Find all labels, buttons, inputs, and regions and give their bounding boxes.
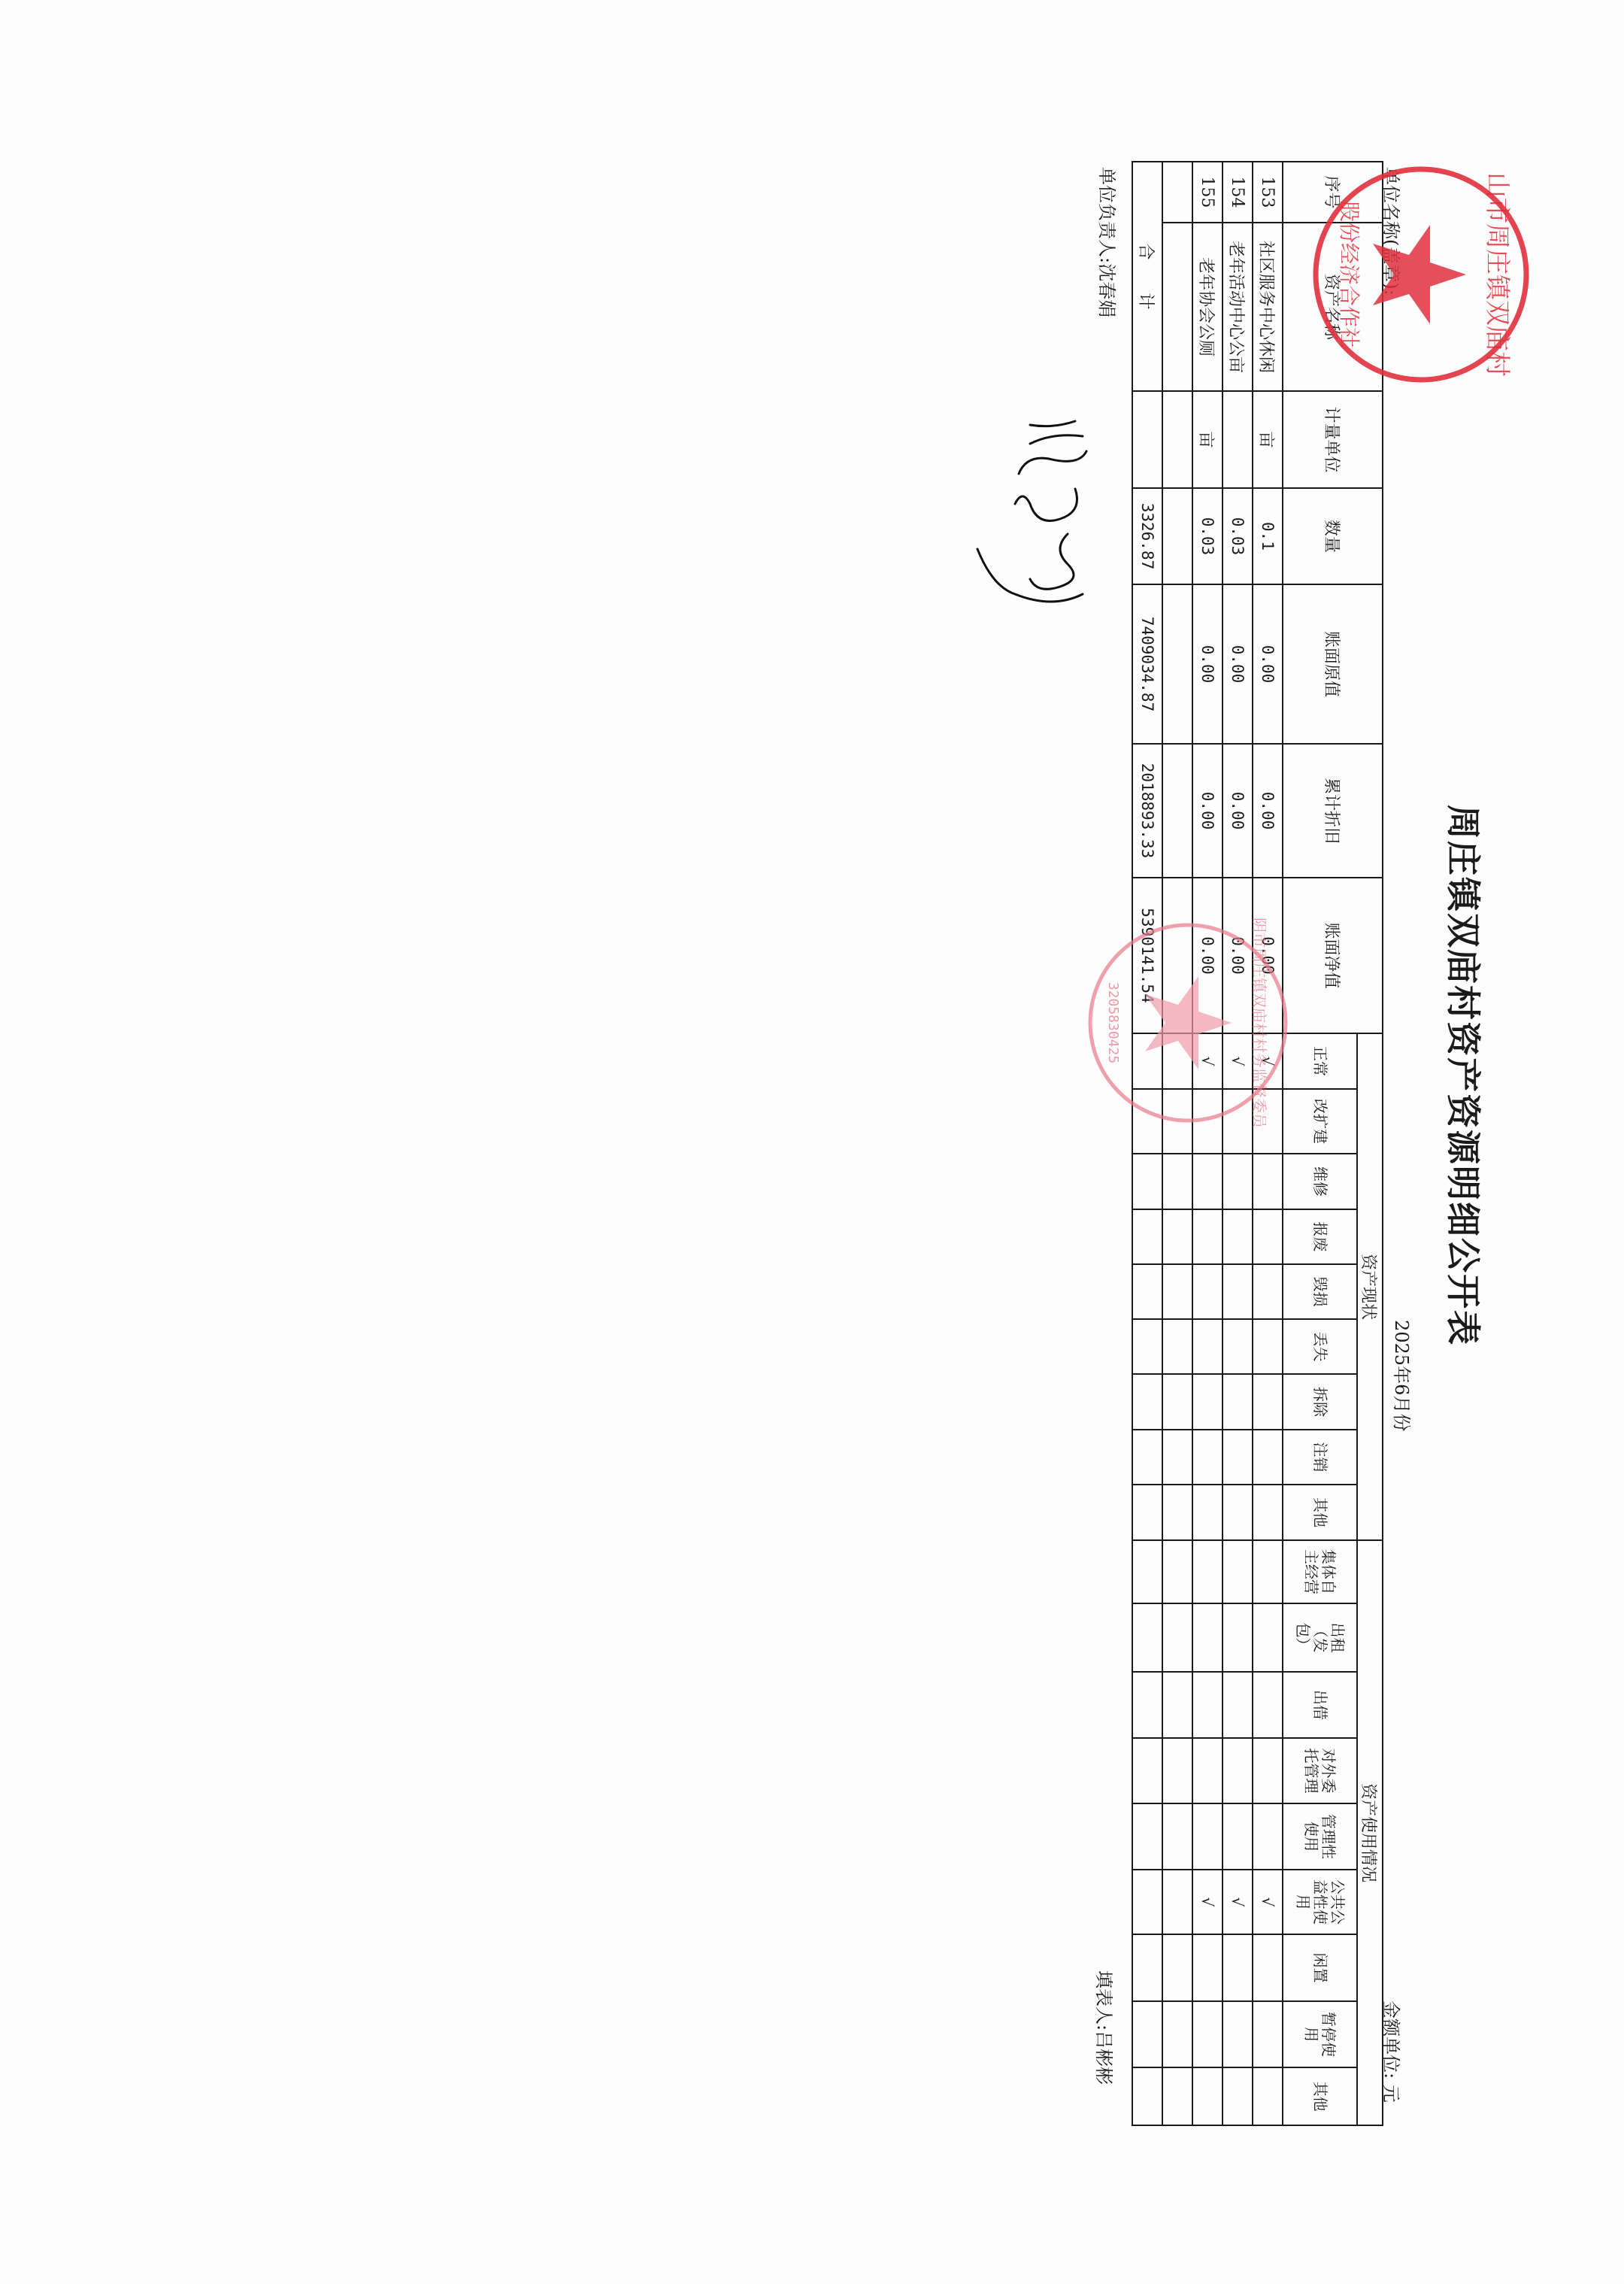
row-asset-name: 老年活动中心公亩 — [1223, 223, 1253, 391]
row-usage-1 — [1192, 1603, 1223, 1672]
blank-cell — [1162, 1154, 1192, 1209]
total-empty-cell — [1132, 1485, 1162, 1540]
row-status-7 — [1192, 1430, 1223, 1485]
row-seq: 153 — [1253, 162, 1283, 223]
row-unit: 亩 — [1253, 391, 1283, 488]
row-seq: 154 — [1223, 162, 1253, 223]
row-book-original: 0.00 — [1253, 584, 1283, 744]
row-status-2 — [1223, 1154, 1253, 1209]
row-status-8 — [1192, 1485, 1223, 1540]
header-seq: 序号 — [1283, 162, 1383, 223]
header-accum-depreciation: 累计折旧 — [1283, 744, 1383, 878]
row-usage-2 — [1223, 1672, 1253, 1738]
row-status-7 — [1223, 1430, 1253, 1485]
header-status-4: 毁损 — [1283, 1264, 1357, 1319]
table-row: 154老年活动中心公亩0.030.000.000.00√√ — [1223, 162, 1253, 2125]
total-empty-cell — [1132, 1264, 1162, 1319]
header-quantity: 数量 — [1283, 488, 1383, 584]
blank-cell — [1162, 1738, 1192, 1803]
row-usage-0 — [1223, 1540, 1253, 1603]
row-usage-2 — [1253, 1672, 1283, 1738]
total-empty-cell — [1132, 1738, 1162, 1803]
row-status-3 — [1223, 1209, 1253, 1264]
row-usage-7 — [1223, 2001, 1253, 2067]
row-status-5 — [1192, 1319, 1223, 1374]
row-status-2 — [1192, 1154, 1223, 1209]
header-usage-5: 公共公益性使用 — [1283, 1870, 1357, 1934]
table-row-blank — [1162, 162, 1192, 2125]
header-usage-4: 管理性使用 — [1283, 1803, 1357, 1870]
table-row: 155老年协会公厕亩0.030.000.000.00√√ — [1192, 162, 1223, 2125]
row-accum-depreciation: 0.00 — [1223, 744, 1253, 878]
header-usage-7: 暂停使用 — [1283, 2001, 1357, 2067]
header-status-3: 报废 — [1283, 1209, 1357, 1264]
row-status-0: √ — [1253, 1033, 1283, 1089]
row-accum-depreciation: 0.00 — [1253, 744, 1283, 878]
row-status-4 — [1223, 1264, 1253, 1319]
header-book-original: 账面原值 — [1283, 584, 1383, 744]
header-status-2: 维修 — [1283, 1154, 1357, 1209]
header-status-0: 正常 — [1283, 1033, 1357, 1089]
blank-cell — [1162, 488, 1192, 584]
total-empty-cell — [1132, 1033, 1162, 1089]
asset-table: 序号 资产名称 计量单位 数量 账面原值 累计折旧 账面净值 资产现状 资产使用… — [1132, 161, 1383, 2126]
unit-name-label: 单位名称(盖章): — [1380, 167, 1406, 296]
row-asset-name: 社区服务中心休闲 — [1253, 223, 1283, 391]
row-unit — [1223, 391, 1253, 488]
total-unit — [1132, 391, 1162, 488]
blank-cell — [1162, 162, 1192, 223]
header-status-8: 其他 — [1283, 1485, 1357, 1540]
row-usage-8 — [1253, 2067, 1283, 2125]
row-book-original: 0.00 — [1223, 584, 1253, 744]
row-usage-6 — [1223, 1934, 1253, 2001]
table-total-row: 合 计3326.877409034.872018893.335390141.54 — [1132, 162, 1162, 2125]
blank-cell — [1162, 1319, 1192, 1374]
row-usage-6 — [1253, 1934, 1283, 2001]
row-usage-7 — [1192, 2001, 1223, 2067]
row-usage-1 — [1223, 1603, 1253, 1672]
blank-cell — [1162, 2067, 1192, 2125]
blank-cell — [1162, 1485, 1192, 1540]
blank-cell — [1162, 878, 1192, 1033]
blank-cell — [1162, 1603, 1192, 1672]
row-usage-0 — [1192, 1540, 1223, 1603]
unit-leader: 单位负责人:沈春娟 — [1095, 167, 1122, 317]
row-asset-name: 老年协会公厕 — [1192, 223, 1223, 391]
row-status-0: √ — [1223, 1033, 1253, 1089]
row-status-5 — [1223, 1319, 1253, 1374]
total-label: 合 计 — [1132, 162, 1162, 391]
row-status-7 — [1253, 1430, 1283, 1485]
total-empty-cell — [1132, 1803, 1162, 1870]
total-empty-cell — [1132, 1603, 1162, 1672]
row-unit: 亩 — [1192, 391, 1223, 488]
row-book-net: 0.00 — [1223, 878, 1253, 1033]
total-empty-cell — [1132, 1430, 1162, 1485]
header-status-group: 资产现状 — [1357, 1033, 1383, 1540]
row-usage-8 — [1223, 2067, 1253, 2125]
blank-cell — [1162, 1803, 1192, 1870]
total-empty-cell — [1132, 2001, 1162, 2067]
header-usage-1: 出租（发包） — [1283, 1603, 1357, 1672]
total-empty-cell — [1132, 1934, 1162, 2001]
preparer: 填表人:吕彬彬 — [1092, 1970, 1119, 2085]
blank-cell — [1162, 744, 1192, 878]
row-status-6 — [1192, 1374, 1223, 1430]
header-usage-2: 出借 — [1283, 1672, 1357, 1738]
row-quantity: 0.03 — [1192, 488, 1223, 584]
row-usage-8 — [1192, 2067, 1223, 2125]
row-usage-1 — [1253, 1603, 1283, 1672]
row-usage-3 — [1192, 1738, 1223, 1803]
header-status-7: 注销 — [1283, 1430, 1357, 1485]
header-usage-6: 闲置 — [1283, 1934, 1357, 2001]
header-book-net: 账面净值 — [1283, 878, 1383, 1033]
row-usage-2 — [1192, 1672, 1223, 1738]
total-empty-cell — [1132, 1319, 1162, 1374]
row-status-2 — [1253, 1154, 1283, 1209]
header-status-1: 改扩建 — [1283, 1089, 1357, 1154]
row-usage-3 — [1223, 1738, 1253, 1803]
blank-cell — [1162, 584, 1192, 744]
total-book-original: 7409034.87 — [1132, 584, 1162, 744]
row-status-1 — [1192, 1089, 1223, 1154]
report-period: 2025年6月份 — [1390, 1320, 1416, 1431]
row-status-0: √ — [1192, 1033, 1223, 1089]
header-status-5: 丢失 — [1283, 1319, 1357, 1374]
row-status-6 — [1223, 1374, 1253, 1430]
blank-cell — [1162, 1264, 1192, 1319]
blank-cell — [1162, 1430, 1192, 1485]
blank-cell — [1162, 1870, 1192, 1934]
row-status-6 — [1253, 1374, 1283, 1430]
row-quantity: 0.03 — [1223, 488, 1253, 584]
header-asset-name: 资产名称 — [1283, 223, 1383, 391]
total-quantity: 3326.87 — [1132, 488, 1162, 584]
blank-cell — [1162, 1033, 1192, 1089]
total-empty-cell — [1132, 1154, 1162, 1209]
table-row: 153社区服务中心休闲亩0.10.000.000.00√√ — [1253, 162, 1283, 2125]
blank-cell — [1162, 391, 1192, 488]
total-empty-cell — [1132, 1374, 1162, 1430]
document-title: 周庄镇双庙村资产资源明细公开表 — [1441, 782, 1490, 1369]
header-usage-group: 资产使用情况 — [1357, 1540, 1383, 2125]
total-empty-cell — [1132, 2067, 1162, 2125]
svg-text:山市周庄镇双庙村: 山市周庄镇双庙村 — [1482, 172, 1512, 377]
row-status-5 — [1253, 1319, 1283, 1374]
blank-cell — [1162, 1089, 1192, 1154]
header-usage-8: 其他 — [1283, 2067, 1357, 2125]
row-status-4 — [1192, 1264, 1223, 1319]
blank-cell — [1162, 2001, 1192, 2067]
total-empty-cell — [1132, 1672, 1162, 1738]
header-unit: 计量单位 — [1283, 391, 1383, 488]
blank-cell — [1162, 1209, 1192, 1264]
blank-cell — [1162, 223, 1192, 391]
row-book-net: 0.00 — [1253, 878, 1283, 1033]
total-empty-cell — [1132, 1209, 1162, 1264]
header-status-6: 拆除 — [1283, 1374, 1357, 1430]
total-empty-cell — [1132, 1540, 1162, 1603]
total-accum-depreciation: 2018893.33 — [1132, 744, 1162, 878]
row-usage-5: √ — [1253, 1870, 1283, 1934]
header-usage-3: 对外委托管理 — [1283, 1738, 1357, 1803]
row-quantity: 0.1 — [1253, 488, 1283, 584]
row-book-original: 0.00 — [1192, 584, 1223, 744]
total-empty-cell — [1132, 1089, 1162, 1154]
row-usage-4 — [1253, 1803, 1283, 1870]
row-seq: 155 — [1192, 162, 1223, 223]
row-usage-3 — [1253, 1738, 1283, 1803]
row-usage-4 — [1192, 1803, 1223, 1870]
total-empty-cell — [1132, 1870, 1162, 1934]
blank-cell — [1162, 1934, 1192, 2001]
blank-cell — [1162, 1672, 1192, 1738]
row-accum-depreciation: 0.00 — [1192, 744, 1223, 878]
svg-text:3205830425: 3205830425 — [1105, 982, 1121, 1063]
money-unit-label: 金额单位: 元 — [1380, 2000, 1406, 2103]
row-usage-5: √ — [1223, 1870, 1253, 1934]
row-usage-6 — [1192, 1934, 1223, 2001]
handwritten-signature — [962, 406, 1105, 632]
row-usage-0 — [1253, 1540, 1283, 1603]
row-usage-7 — [1253, 2001, 1283, 2067]
row-status-8 — [1253, 1485, 1283, 1540]
row-status-8 — [1223, 1485, 1253, 1540]
row-status-3 — [1253, 1209, 1283, 1264]
row-status-1 — [1253, 1089, 1283, 1154]
row-status-4 — [1253, 1264, 1283, 1319]
row-status-3 — [1192, 1209, 1223, 1264]
row-book-net: 0.00 — [1192, 878, 1223, 1033]
blank-cell — [1162, 1374, 1192, 1430]
row-status-1 — [1223, 1089, 1253, 1154]
header-usage-0: 集体自主经营 — [1283, 1540, 1357, 1603]
blank-cell — [1162, 1540, 1192, 1603]
total-book-net: 5390141.54 — [1132, 878, 1162, 1033]
row-usage-4 — [1223, 1803, 1253, 1870]
document-sheet: 周庄镇双庙村资产资源明细公开表 2025年6月份 单位名称(盖章): 金额单位:… — [0, 0, 1624, 2284]
row-usage-5: √ — [1192, 1870, 1223, 1934]
